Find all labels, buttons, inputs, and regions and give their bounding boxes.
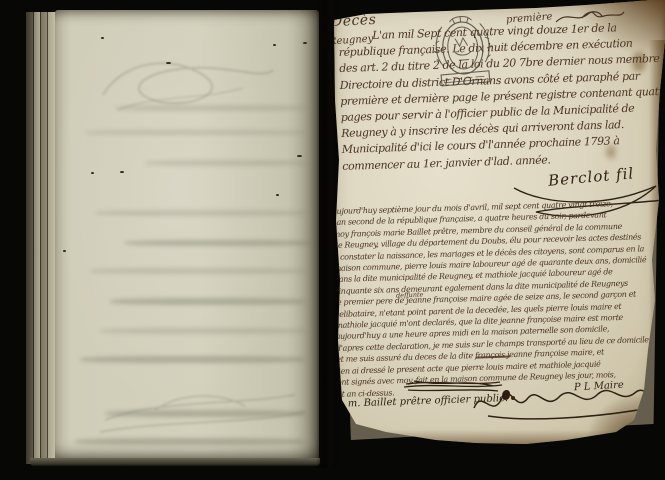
ink-speck — [101, 37, 104, 39]
interline-insertion: deffunte — [396, 291, 424, 300]
bleedthrough-smudge — [105, 410, 305, 417]
bleedthrough-smudge — [80, 356, 305, 363]
ink-blot — [511, 396, 515, 400]
left-blank-page — [55, 10, 319, 460]
archival-scan: Décès Reugney première L'an mil Sept cen… — [0, 0, 665, 480]
death-register-page: Décès Reugney première L'an mil Sept cen… — [326, 0, 665, 452]
bleedthrough-smudge — [125, 240, 310, 246]
ink-speck — [303, 42, 307, 44]
death-act-text: aujourd'huy septième jour du mois d'avri… — [332, 197, 665, 400]
ink-speck — [297, 155, 302, 157]
bleedthrough-smudge — [75, 438, 305, 445]
bleedthrough-smudge — [85, 130, 305, 135]
ink-speck — [91, 172, 94, 174]
opening-act-text: L'an mil Sept cent quatre vingt douze 1e… — [338, 19, 665, 175]
bleedthrough-smudge — [145, 160, 305, 166]
ink-speck — [63, 250, 66, 252]
bleedthrough-smudge — [115, 105, 305, 111]
ink-speck — [276, 194, 279, 196]
witness-signature-flourish-icon — [468, 384, 658, 426]
bleedthrough-smudge — [100, 328, 305, 334]
page-bottom-edge — [30, 458, 320, 466]
ink-speck — [166, 62, 171, 64]
bleedthrough-smudge — [95, 210, 305, 216]
bleedthrough-smudge — [110, 298, 305, 305]
ink-speck — [120, 171, 124, 173]
page-stack-edge — [26, 12, 33, 464]
bleedthrough-smudge — [90, 268, 305, 274]
ink-speck — [273, 44, 276, 46]
page-stack-edge — [26, 12, 56, 464]
